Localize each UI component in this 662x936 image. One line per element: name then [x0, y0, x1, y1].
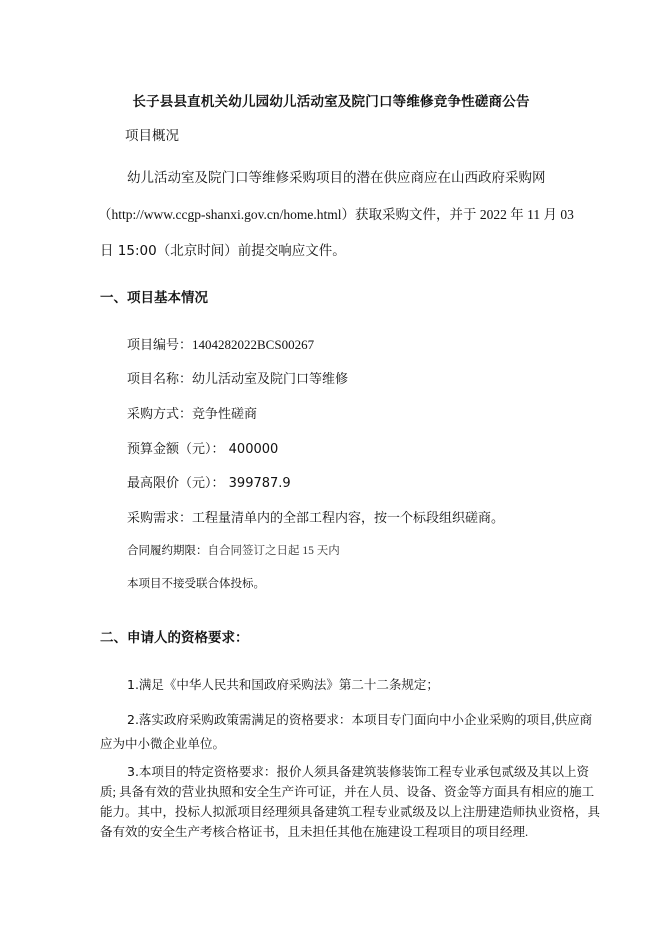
- item-label: 预算金额（元）：: [127, 442, 225, 457]
- requirement-2-label: 2.落实政府采购政策需满足的资格要求：: [127, 712, 351, 727]
- overview-site-name: 山西政府采购网: [451, 170, 546, 185]
- requirement-1: 1.满足《中华人民共和国政府采购法》第二十二条规定；: [127, 675, 439, 693]
- item-label: 最高限价（元）：: [127, 476, 225, 491]
- overview-line-2: （http://www.ccgp-shanxi.gov.cn/home.html…: [98, 203, 574, 223]
- requirement-3-line-1: 3.本项目的特定资格要求：报价人须具备建筑装修装饰工程专业承包贰级及其以上资: [127, 762, 589, 780]
- overview-day: 日: [100, 243, 114, 258]
- item-procurement-method: 采购方式：竞争性磋商: [127, 403, 257, 422]
- document-title: 长子县县直机关幼儿园幼儿活动室及院门口等维修竞争性磋商公告: [0, 90, 662, 110]
- overview-url: （http://www.ccgp-shanxi.gov.cn/home.html…: [98, 207, 355, 222]
- requirement-2-text: 本项目专门面向中小企业采购的项目,供应商: [351, 713, 592, 727]
- requirement-3-line-4: 备有效的安全生产考核合格证书，且未担任其他在施建设工程项目的项目经理.: [100, 822, 528, 840]
- item-value: 399787.9: [225, 476, 291, 491]
- item-value: 400000: [225, 442, 279, 457]
- section2-heading: 二、申请人的资格要求：: [100, 626, 249, 646]
- overview-line-1: 幼儿活动室及院门口等维修采购项目的潜在供应商应在山西政府采购网: [127, 166, 546, 186]
- item-requirements: 采购需求：工程量清单内的全部工程内容，按一个标段组织磋商。: [127, 507, 504, 526]
- overview-date: 2022 年 11 月 03: [476, 207, 573, 222]
- requirement-3-line-3: 能力。其中，投标人拟派项目经理须具备建筑工程专业贰级及以上注册建造师执业资格，具: [100, 802, 600, 820]
- overview-line-3: 日 15:00（北京时间）前提交响应文件。: [100, 239, 346, 259]
- item-label: 采购需求：: [127, 511, 192, 526]
- item-label: 项目编号：: [127, 338, 192, 353]
- item-label: 项目名称：: [127, 372, 192, 387]
- document-page: 长子县县直机关幼儿园幼儿活动室及院门口等维修竞争性磋商公告 项目概况 幼儿活动室…: [0, 0, 662, 936]
- requirement-3-label: 3.本项目的特定资格要求：: [127, 764, 276, 779]
- overview-project-name: 幼儿活动室及院门口等维修: [127, 170, 289, 185]
- requirement-3-line-2: 质; 具备有效的营业执照和安全生产许可证，并在人员、设备、资金等方面具有相应的施…: [100, 782, 594, 800]
- overview-heading: 项目概况: [125, 124, 179, 144]
- item-value: 竞争性磋商: [192, 407, 257, 422]
- consortium-note: 本项目不接受联合体投标。: [127, 575, 265, 591]
- item-max-price: 最高限价（元）： 399787.9: [127, 472, 291, 491]
- item-value: 工程量清单内的全部工程内容，按一个标段组织磋商。: [192, 510, 504, 525]
- requirement-2-line-1: 2.落实政府采购政策需满足的资格要求：本项目专门面向中小企业采购的项目,供应商: [127, 710, 592, 728]
- item-value: 1404282022BCS00267: [192, 337, 314, 352]
- item-project-name: 项目名称：幼儿活动室及院门口等维修: [127, 368, 348, 387]
- item-budget: 预算金额（元）： 400000: [127, 438, 278, 457]
- overview-supplier-text: 采购项目的潜在供应商应在: [289, 170, 451, 186]
- item-label: 合同履约期限：: [127, 543, 208, 557]
- item-value: 幼儿活动室及院门口等维修: [192, 371, 348, 386]
- requirement-3-text: 报价人须具备建筑装修装饰工程专业承包贰级及其以上资: [276, 765, 589, 779]
- requirement-2-line-2: 应为中小微企业单位。: [100, 734, 225, 752]
- overview-deadline: 15:00（北京时间）前提交响应文件。: [114, 243, 346, 259]
- section1-heading: 一、项目基本情况: [100, 286, 208, 306]
- item-label: 采购方式：: [127, 407, 192, 422]
- item-contract-term: 合同履约期限：自合同签订之日起 15 天内: [127, 542, 340, 558]
- item-project-number: 项目编号：1404282022BCS00267: [127, 334, 314, 353]
- item-value: 自合同签订之日起 15 天内: [208, 545, 340, 557]
- overview-obtain-text: 获取采购文件，并于: [355, 207, 477, 223]
